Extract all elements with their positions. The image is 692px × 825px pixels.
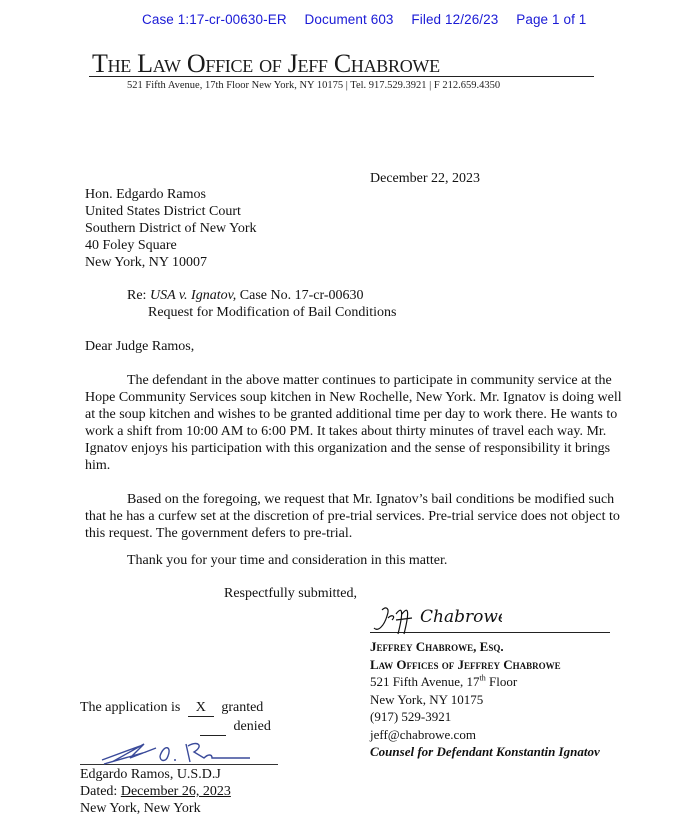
signing-location: New York, New York: [80, 800, 231, 817]
judge-signature-scribble-icon: [100, 738, 270, 768]
dated-label: Dated:: [80, 784, 121, 799]
filing-stamp: Case 1:17-cr-00630-ER Document 603 Filed…: [142, 12, 586, 27]
paragraph-line: that he has a curfew set at the discreti…: [85, 508, 643, 525]
paragraph-line: at the soup kitchen and wishes to be gra…: [85, 406, 643, 423]
body-paragraph-1: The defendant in the above matter contin…: [85, 372, 643, 474]
paragraph-line: Hope Community Services soup kitchen in …: [85, 389, 643, 406]
endorsement-prefix: The application is: [80, 700, 180, 715]
svg-text:Chabrowe: Chabrowe: [420, 607, 502, 627]
firm-address-1: 521 Fifth Avenue, 17th Floor: [370, 673, 600, 691]
signature-block: Jeffrey Chabrowe, Esq. Law Offices of Je…: [370, 638, 600, 761]
re-case-no: Case No. 17-cr-00630: [236, 288, 363, 303]
firm-email[interactable]: jeff@chabrowe.com: [370, 726, 600, 744]
re-subject: Request for Modification of Bail Conditi…: [148, 304, 396, 321]
paragraph-line: Ignatov enjoys his participation with th…: [85, 440, 643, 457]
judge-signature: [80, 734, 278, 765]
recipient-line: Southern District of New York: [85, 220, 257, 237]
stamp-document: Document 603: [305, 12, 394, 27]
attorney-role: Counsel for Defendant Konstantin Ignatov: [370, 743, 600, 761]
re-prefix: Re:: [127, 288, 150, 303]
recipient-address: Hon. Edgardo Ramos United States Distric…: [85, 186, 257, 271]
recipient-line: United States District Court: [85, 203, 257, 220]
paragraph-line: Thank you for your time and consideratio…: [85, 552, 643, 569]
salutation: Dear Judge Ramos,: [85, 338, 194, 355]
body-paragraph-2: Based on the foregoing, we request that …: [85, 491, 643, 542]
endorsement-granted: The application is X granted: [80, 700, 263, 717]
stamp-filed: Filed 12/26/23: [411, 12, 498, 27]
paragraph-line: this request. The government defers to p…: [85, 525, 643, 542]
attorney-name: Jeffrey Chabrowe, Esq.: [370, 638, 600, 656]
letter-date: December 22, 2023: [370, 170, 480, 187]
letterhead-title: The Law Office of Jeff Chabrowe: [92, 49, 440, 79]
closing: Respectfully submitted,: [224, 585, 357, 602]
re-line: Re: USA v. Ignatov, Case No. 17-cr-00630: [127, 287, 364, 304]
firm-phone: (917) 529-3921: [370, 708, 600, 726]
paragraph-line: him.: [85, 457, 643, 474]
dated-value: December 26, 2023: [121, 784, 231, 799]
judge-name: Edgardo Ramos, U.S.D.J: [80, 766, 231, 783]
body-paragraph-3: Thank you for your time and consideratio…: [85, 552, 643, 569]
firm-address-2: New York, NY 10175: [370, 691, 600, 709]
attorney-signature: Chabrowe: [370, 608, 610, 633]
letterhead-rule: [89, 76, 594, 77]
recipient-line: 40 Foley Square: [85, 237, 257, 254]
firm-name: Law Offices of Jeffrey Chabrowe: [370, 656, 600, 674]
granted-mark: X: [188, 700, 214, 717]
re-case-name: USA v. Ignatov,: [150, 288, 236, 303]
dated-line: Dated: December 26, 2023: [80, 783, 231, 800]
stamp-case: Case 1:17-cr-00630-ER: [142, 12, 287, 27]
stamp-page: Page 1 of 1: [516, 12, 586, 27]
recipient-line: New York, NY 10007: [85, 254, 257, 271]
recipient-line: Hon. Edgardo Ramos: [85, 186, 257, 203]
paragraph-line: work a shift from 10:00 AM to 6:00 PM. I…: [85, 423, 643, 440]
address-text: 521 Fifth Avenue, 17: [370, 674, 480, 689]
address-text: Floor: [486, 674, 517, 689]
paragraph-line: The defendant in the above matter contin…: [85, 372, 643, 389]
granted-label: granted: [221, 700, 263, 715]
judge-block: Edgardo Ramos, U.S.D.J Dated: December 2…: [80, 766, 231, 817]
paragraph-line: Based on the foregoing, we request that …: [85, 491, 643, 508]
signature-scribble-icon: Chabrowe: [372, 604, 502, 638]
denied-label: denied: [234, 719, 271, 734]
letterhead-address: 521 Fifth Avenue, 17th Floor New York, N…: [127, 80, 500, 91]
